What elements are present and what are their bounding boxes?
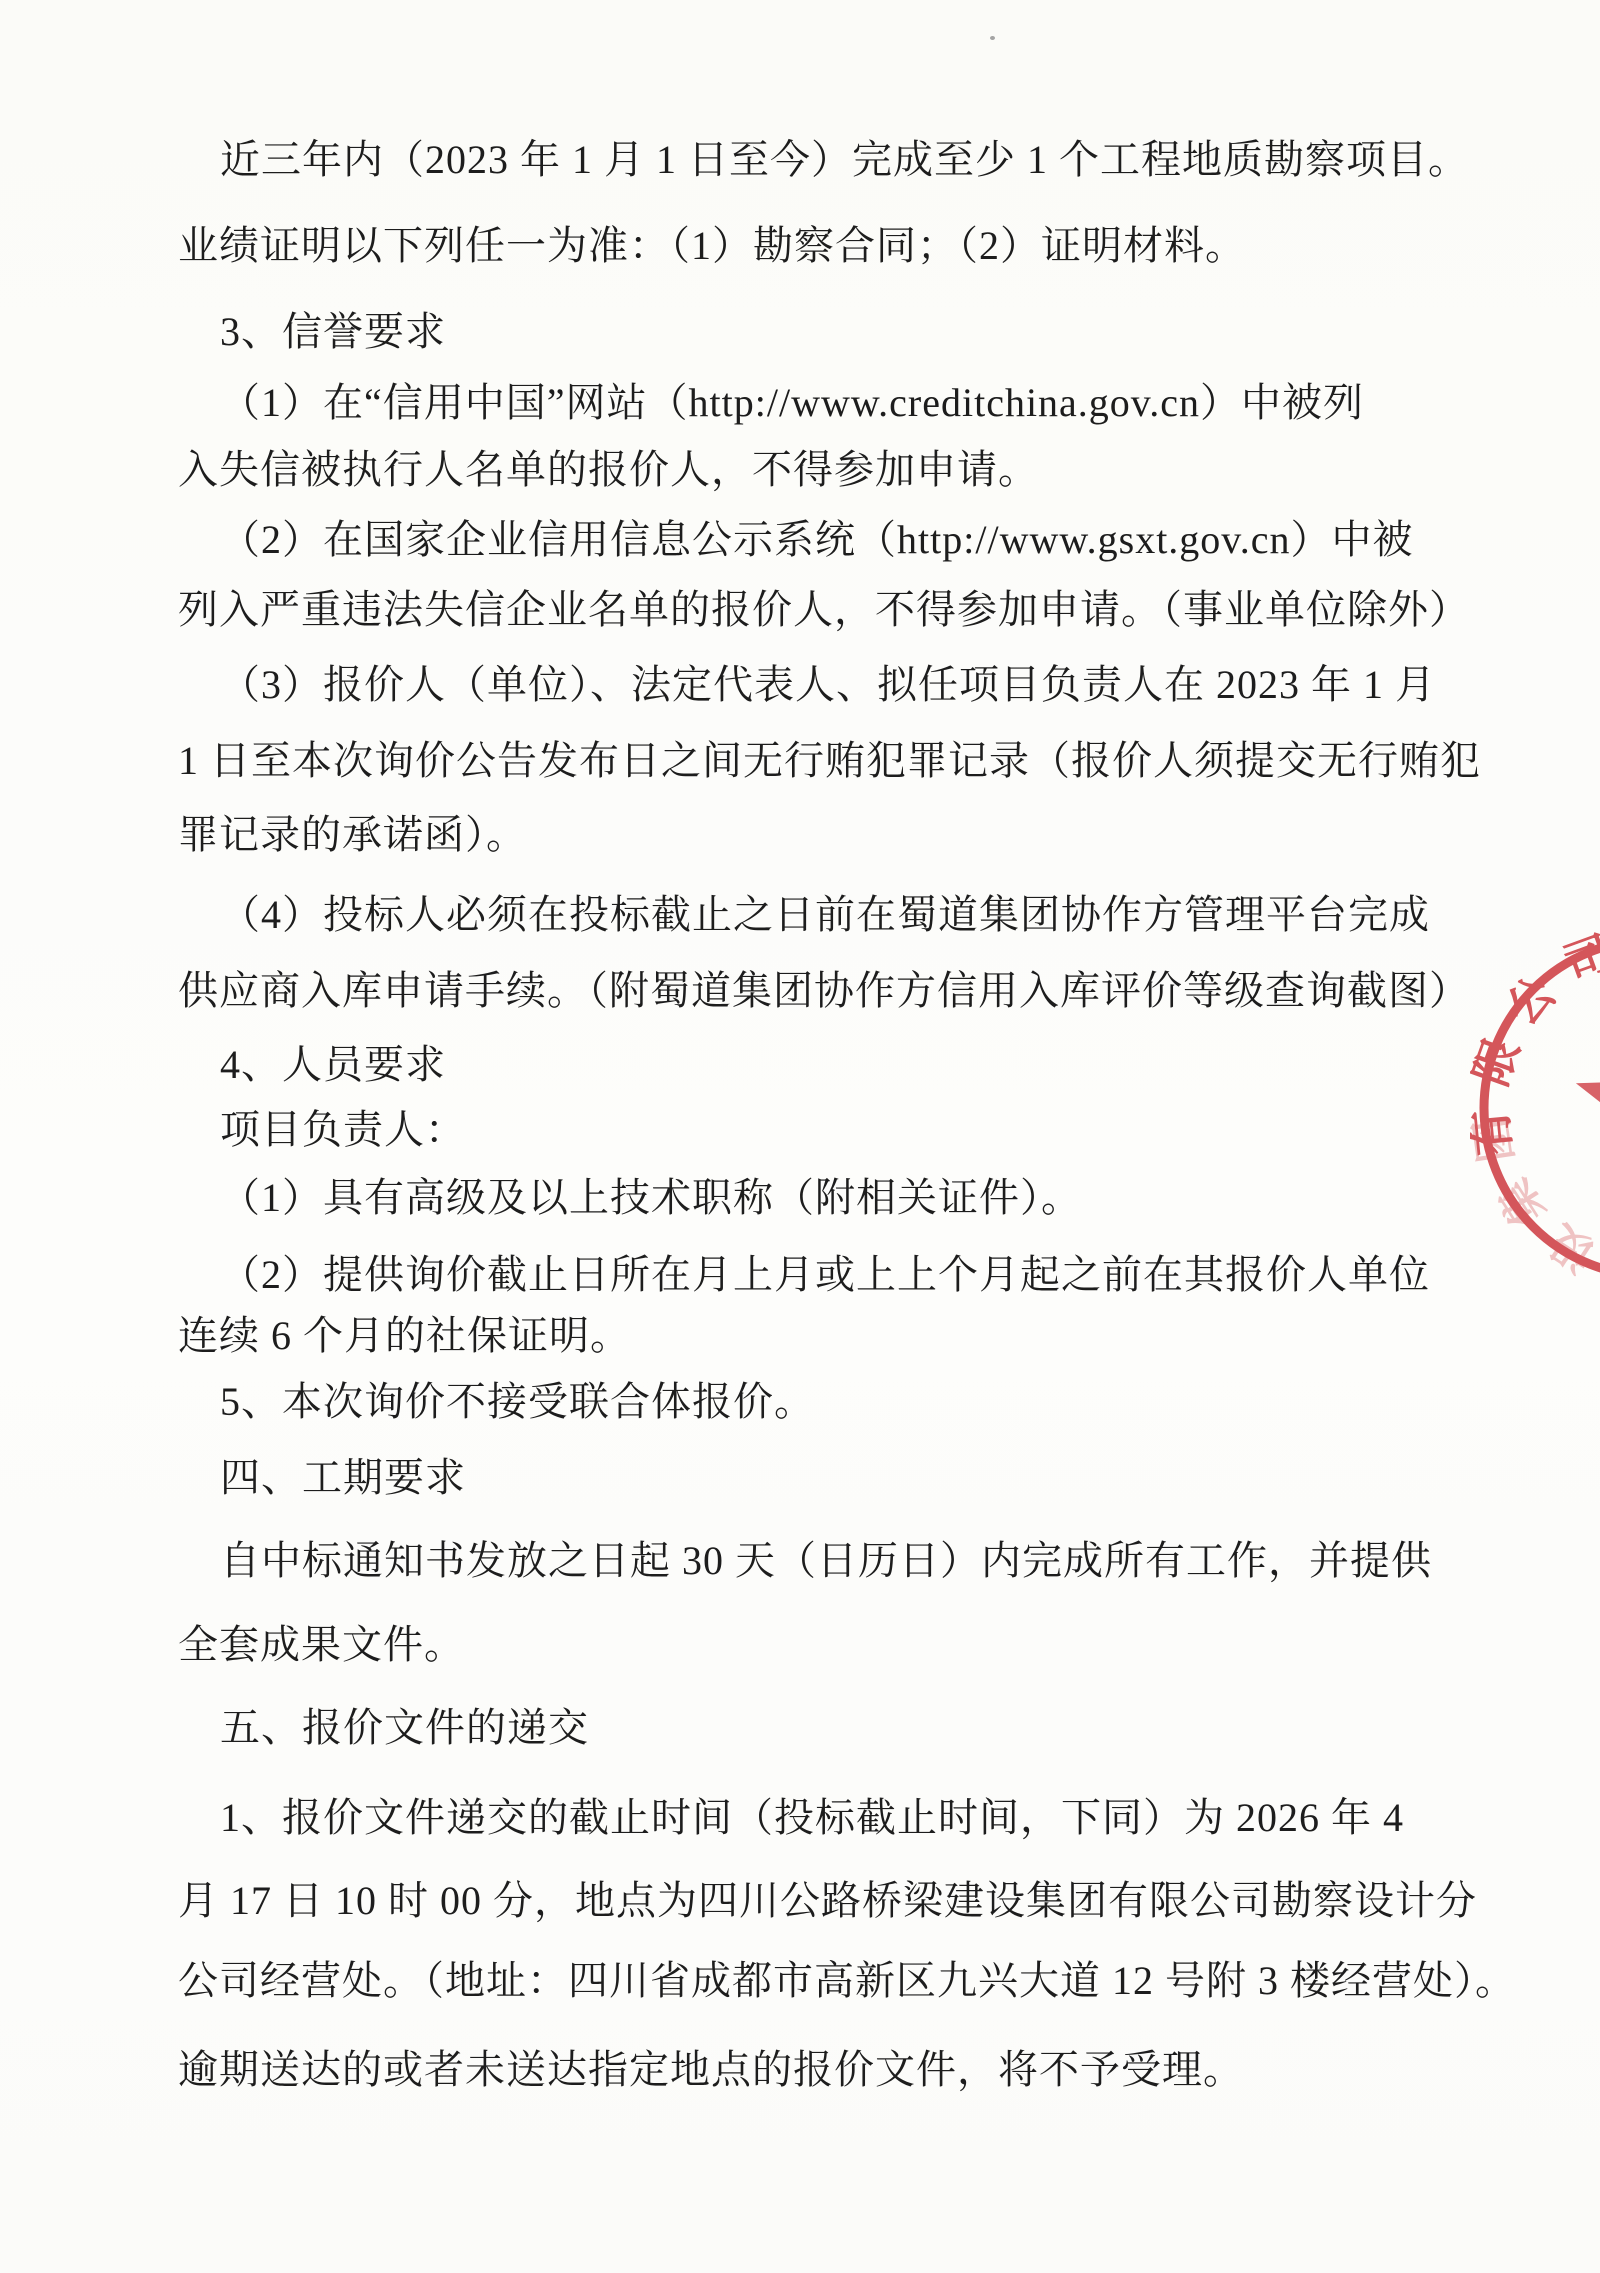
doc-line: （2）在国家企业信用信息公示系统（http://www.gsxt.gov.cn）…	[220, 518, 1413, 562]
doc-line: 业绩证明以下列任一为准：（1）勘察合同；（2）证明材料。	[178, 224, 1246, 268]
doc-line: 入失信被执行人名单的报价人，不得参加申请。	[178, 448, 1039, 492]
doc-line: 罪记录的承诺函）。	[178, 813, 527, 857]
doc-line: （1）在“信用中国”网站（http://www.creditchina.gov.…	[220, 381, 1364, 425]
doc-line: 连续 6 个月的社保证明。	[178, 1314, 631, 1358]
doc-section-heading: 4、人员要求	[220, 1043, 446, 1087]
doc-line: 供应商入库申请手续。（附蜀道集团协作方信用入库评价等级查询截图）	[178, 969, 1470, 1013]
doc-line: 列入严重违法失信企业名单的报价人，不得参加申请。（事业单位除外）	[178, 588, 1470, 632]
seal-ring-text-faded-path: 建设集团	[1470, 1097, 1600, 1295]
doc-line: 逾期送达的或者未送达指定地点的报价文件，将不予受理。	[178, 2048, 1244, 2092]
doc-line: 近三年内（2023 年 1 月 1 日至今）完成至少 1 个工程地质勘察项目。	[220, 138, 1469, 182]
scan-speck	[990, 36, 995, 40]
seal-ring-text-faded: 建设集团	[1470, 1097, 1600, 1295]
doc-section-heading: 3、信誉要求	[220, 310, 446, 354]
doc-line: 项目负责人：	[220, 1108, 466, 1152]
doc-section-heading: 四、工期要求	[220, 1456, 466, 1500]
doc-line: 1、报价文件递交的截止时间（投标截止时间，下同）为 2026 年 4	[220, 1796, 1404, 1840]
doc-line: 5、本次询价不接受联合体报价。	[220, 1380, 815, 1424]
seal-star	[1576, 1028, 1600, 1173]
doc-line: （4）投标人必须在投标截止之日前在蜀道集团协作方管理平台完成	[220, 893, 1430, 937]
document-page: 近三年内（2023 年 1 月 1 日至今）完成至少 1 个工程地质勘察项目。 …	[0, 0, 1600, 2273]
company-seal: 有限公司 建设集团	[1470, 920, 1600, 1320]
doc-section-heading: 五、报价文件的递交	[220, 1706, 589, 1750]
doc-line: 全套成果文件。	[178, 1623, 465, 1667]
doc-line: 月 17 日 10 时 00 分，地点为四川公路桥梁建设集团有限公司勘察设计分	[178, 1879, 1477, 1923]
doc-line: （1）具有高级及以上技术职称（附相关证件）。	[220, 1176, 1082, 1220]
doc-line: （2）提供询价截止日所在月上月或上上个月起之前在其报价人单位	[220, 1253, 1430, 1297]
doc-line: （3）报价人（单位）、法定代表人、拟任项目负责人在 2023 年 1 月	[220, 663, 1436, 707]
doc-line: 公司经营处。（地址：四川省成都市高新区九兴大道 12 号附 3 楼经营处）。	[178, 1959, 1516, 2003]
doc-line: 1 日至本次询价公告发布日之间无行贿犯罪记录（报价人须提交无行贿犯	[178, 739, 1481, 783]
doc-line: 自中标通知书发放之日起 30 天（日历日）内完成所有工作，并提供	[220, 1539, 1432, 1583]
